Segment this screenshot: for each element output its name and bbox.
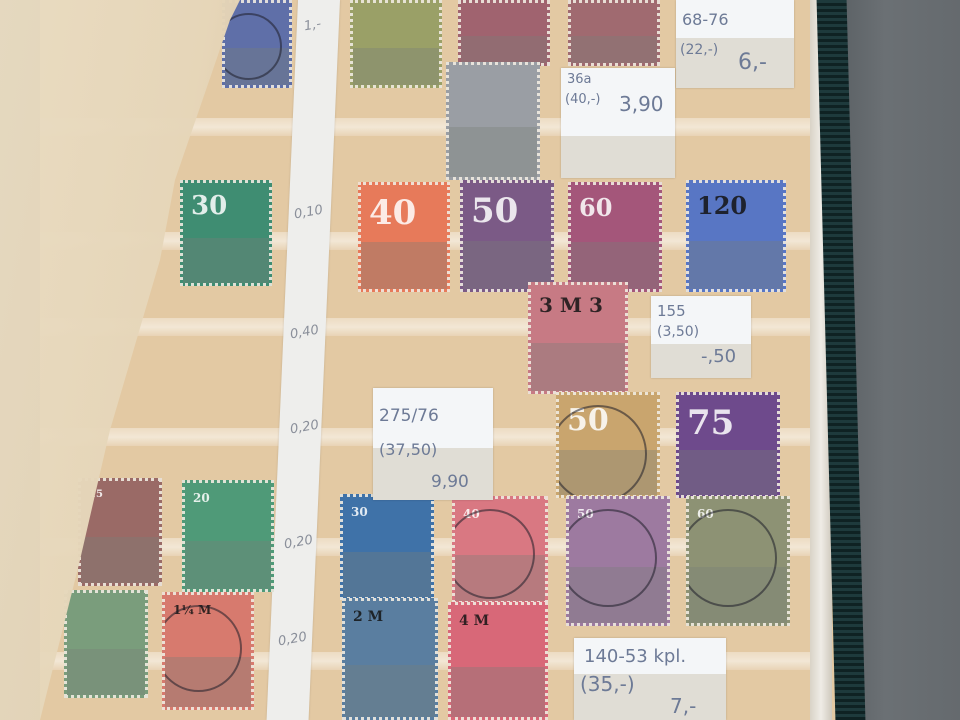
- stamp-denomination: 75: [687, 403, 734, 443]
- postmark-cancel: [566, 509, 657, 607]
- stamp-shadow: [449, 127, 537, 177]
- stamp-olive-60: 60: [686, 496, 790, 626]
- stamp-denomination: 30: [351, 505, 368, 519]
- stamp-violet-75: 75: [676, 392, 780, 498]
- stamp-green-violet-small: [64, 590, 148, 698]
- stamp-1m-red: 1¼ M: [162, 592, 254, 710]
- note-155: 155 (3,50) -,50: [651, 296, 751, 378]
- stamp-denomination: 3 M 3: [539, 293, 603, 317]
- note-catalog: 68-76: [682, 10, 729, 29]
- stamp-blue-30: 30: [340, 494, 434, 600]
- postmark-cancel: [686, 509, 777, 607]
- stamp-shadow: [345, 665, 435, 717]
- stamp-shadow: [679, 450, 777, 495]
- stamp-shadow: [689, 241, 783, 289]
- stamp-ochre-50: 50: [556, 392, 660, 498]
- stamp-top-green-orange: [350, 0, 442, 88]
- stamp-shadow: [353, 48, 439, 85]
- stamp-denomination: 20: [193, 491, 210, 505]
- stamp-green-30: 30: [180, 180, 272, 286]
- stamp-overprint-3m: 3 M 3: [528, 282, 628, 394]
- stockbook-photo: 1,- 0,10 0,40 0,20 0,20 0,20 30405060120…: [0, 0, 960, 720]
- stamp-shadow: [343, 552, 431, 597]
- note-140-53: 140-53 kpl. (35,-) 7,-: [574, 638, 726, 720]
- note-cat-value: (40,-): [565, 92, 601, 107]
- stamp-shadow: [185, 541, 271, 589]
- stamp-grey-36a: [446, 62, 540, 180]
- stamp-denomination: 50: [471, 191, 518, 231]
- note-cat-value: (22,-): [680, 42, 718, 58]
- note-36a: 36a (40,-) 3,90: [561, 68, 675, 178]
- note-catalog: 36a: [567, 72, 592, 87]
- note-catalog: 155: [657, 302, 686, 320]
- note-cat-value: (37,50): [379, 440, 437, 459]
- note-cat-value: (35,-): [580, 672, 635, 696]
- stamp-lilac-60: 60: [568, 182, 662, 292]
- note-price: -,50: [701, 346, 736, 367]
- stamp-shadow: [531, 343, 625, 391]
- column-price-label: 1,-: [303, 17, 322, 35]
- note-price: 7,-: [670, 694, 696, 718]
- note-catalog: 140-53 kpl.: [584, 646, 686, 667]
- stamp-blue-120: 120: [686, 180, 786, 292]
- stamp-violet-50: 50: [460, 180, 554, 292]
- stamp-shadow: [67, 649, 145, 695]
- stamp-green-20: 20: [182, 480, 274, 592]
- stamp-denomination: 2 M: [353, 609, 383, 625]
- note-price: 9,90: [431, 472, 469, 492]
- stamp-shadow: [461, 36, 547, 63]
- note-275-76: 275/76 (37,50) 9,90: [373, 388, 493, 500]
- note-cat-value: (3,50): [657, 324, 699, 340]
- stamp-2m-blue-red: 2 M: [342, 598, 438, 720]
- stamp-top-carmine-2: [568, 0, 660, 66]
- stamp-denomination: 60: [579, 193, 612, 222]
- stamp-denomination: 4 M: [459, 613, 489, 629]
- stamp-denomination: 40: [369, 193, 416, 233]
- note-price: 6,-: [738, 50, 767, 75]
- stamp-shadow: [81, 537, 159, 583]
- stamp-shadow: [571, 36, 657, 63]
- note-68-76: 68-76 (22,-) 6,-: [676, 0, 794, 88]
- stamp-shadow: [451, 667, 545, 717]
- stamp-denomination: 120: [697, 191, 747, 220]
- stamp-top-carmine-1: [458, 0, 550, 66]
- note-catalog: 275/76: [379, 406, 439, 426]
- stamp-red-40: 40: [452, 496, 548, 604]
- stamp-shadow: [361, 242, 447, 289]
- note-price: 3,90: [619, 92, 664, 116]
- stamp-denomination: 30: [191, 191, 227, 221]
- stamp-4m-red-black: 4 M: [448, 602, 548, 720]
- stamp-purple-50: 50: [566, 496, 670, 626]
- stamp-shadow: [183, 238, 269, 283]
- postmark-cancel: [556, 405, 647, 498]
- stamp-orange-40: 40: [358, 182, 450, 292]
